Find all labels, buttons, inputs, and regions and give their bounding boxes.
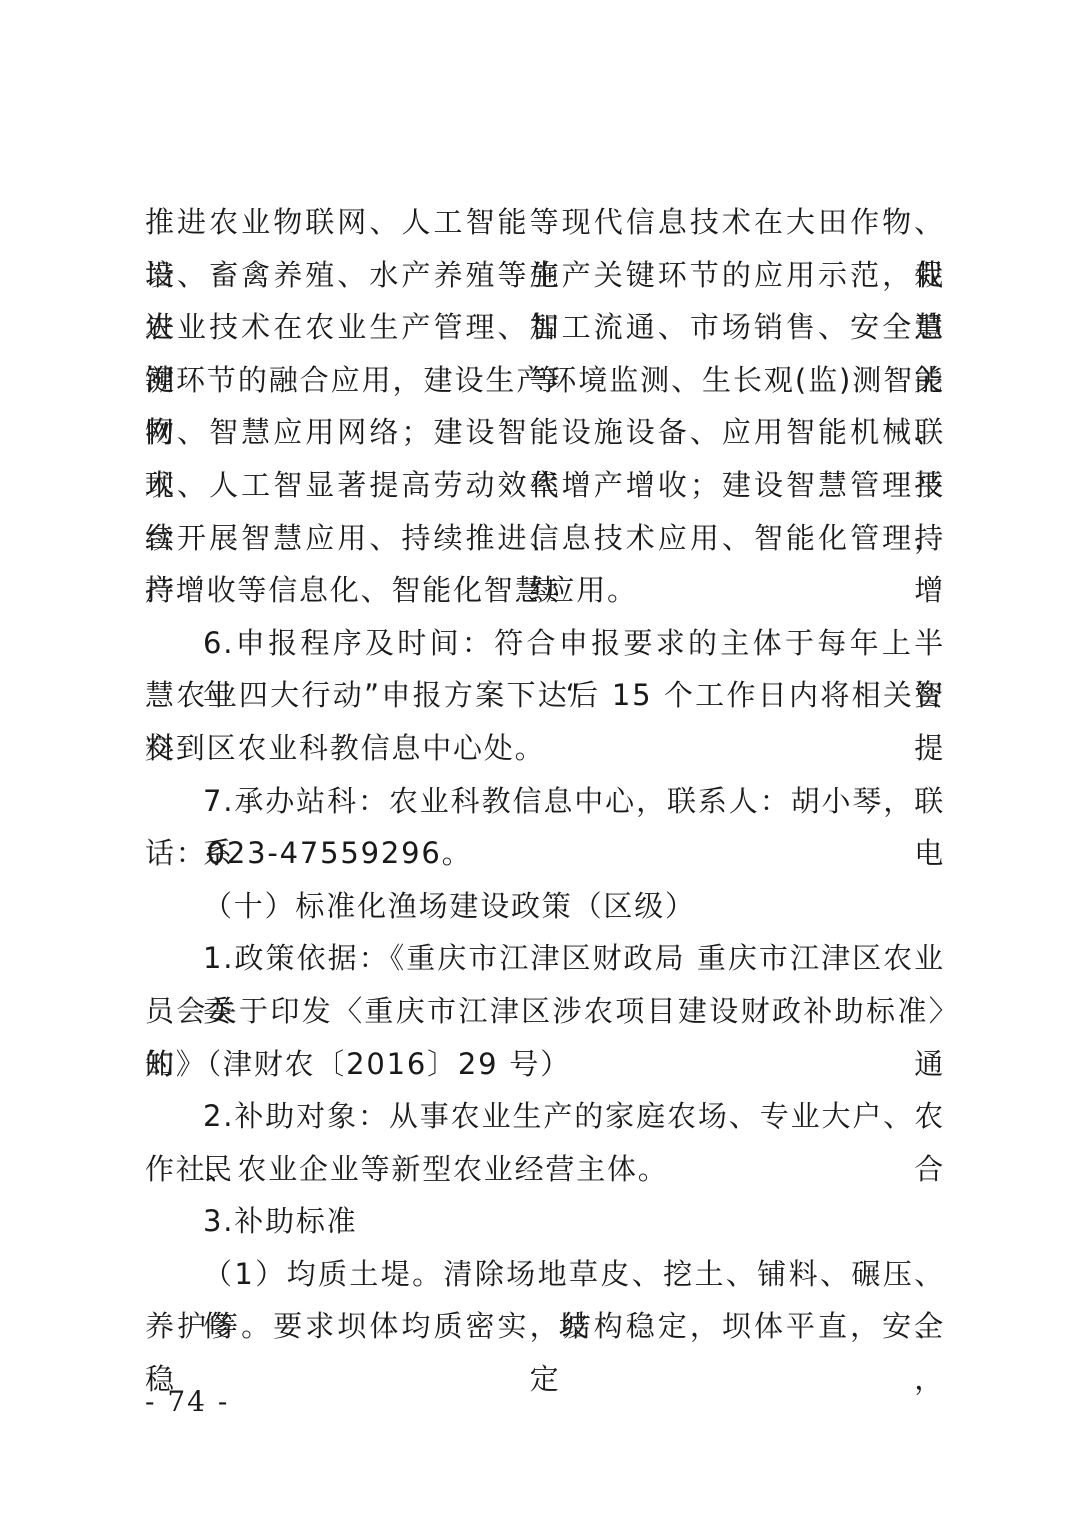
item-7-heading: 7.承办站科：农业科教信息中心，联系人：胡小琴，联系电 [145,775,945,828]
text-line: 术、人工智显著提高劳动效率增产增收；建设智慧管理平台、持 [145,459,945,512]
text-line: 续开展智慧应用、持续推进信息技术应用、智能化管理，持续增 [145,512,945,565]
item-3-heading: 3.补助标准 [145,1195,945,1248]
item-2-heading: 2.补助对象：从事农业生产的家庭农场、专业大户、农民合 [145,1090,945,1143]
text-line: 慧农业四大行动”申报方案下达后 15 个工作日内将相关资料提 [145,669,945,722]
text-line: 推进农业物联网、人工智能等现代信息技术在大田作物、设施栽 [145,196,945,249]
page-number: - 74 - [145,1385,229,1418]
document-page: 推进农业物联网、人工智能等现代信息技术在大田作物、设施栽 培、畜禽养殖、水产养殖… [0,0,1074,1520]
text-line: 培、畜禽养殖、水产养殖等生产关键环节的应用示范，促进智慧 [145,249,945,302]
sub-item-1-heading: （1）均质土堤。清除场地草皮、挖土、铺料、碾压、修坡、 [145,1248,945,1301]
text-line: 键环节的融合应用，建设生产环境监测、生长观(监)测智能物联 [145,354,945,407]
section-heading: （十）标准化渔场建设政策（区级） [145,880,945,933]
text-line: 农业技术在农业生产管理、加工流通、市场销售、安全追溯等关 [145,301,945,354]
item-1-heading: 1.政策依据：《重庆市江津区财政局 重庆市江津区农业委 [145,932,945,985]
body-text: 推进农业物联网、人工智能等现代信息技术在大田作物、设施栽 培、畜禽养殖、水产养殖… [145,196,945,1353]
text-line: 员会关于印发〈重庆市江津区涉农项目建设财政补助标准〉的通 [145,985,945,1038]
text-line: 养护等。要求坝体均质密实，结构稳定，坝体平直，安全稳定， [145,1300,945,1353]
text-line: 网、智慧应用网络；建设智能设施设备、应用智能机械、现代技 [145,406,945,459]
item-6-heading: 6.申报程序及时间：符合申报要求的主体于每年上半年“智 [145,617,945,670]
